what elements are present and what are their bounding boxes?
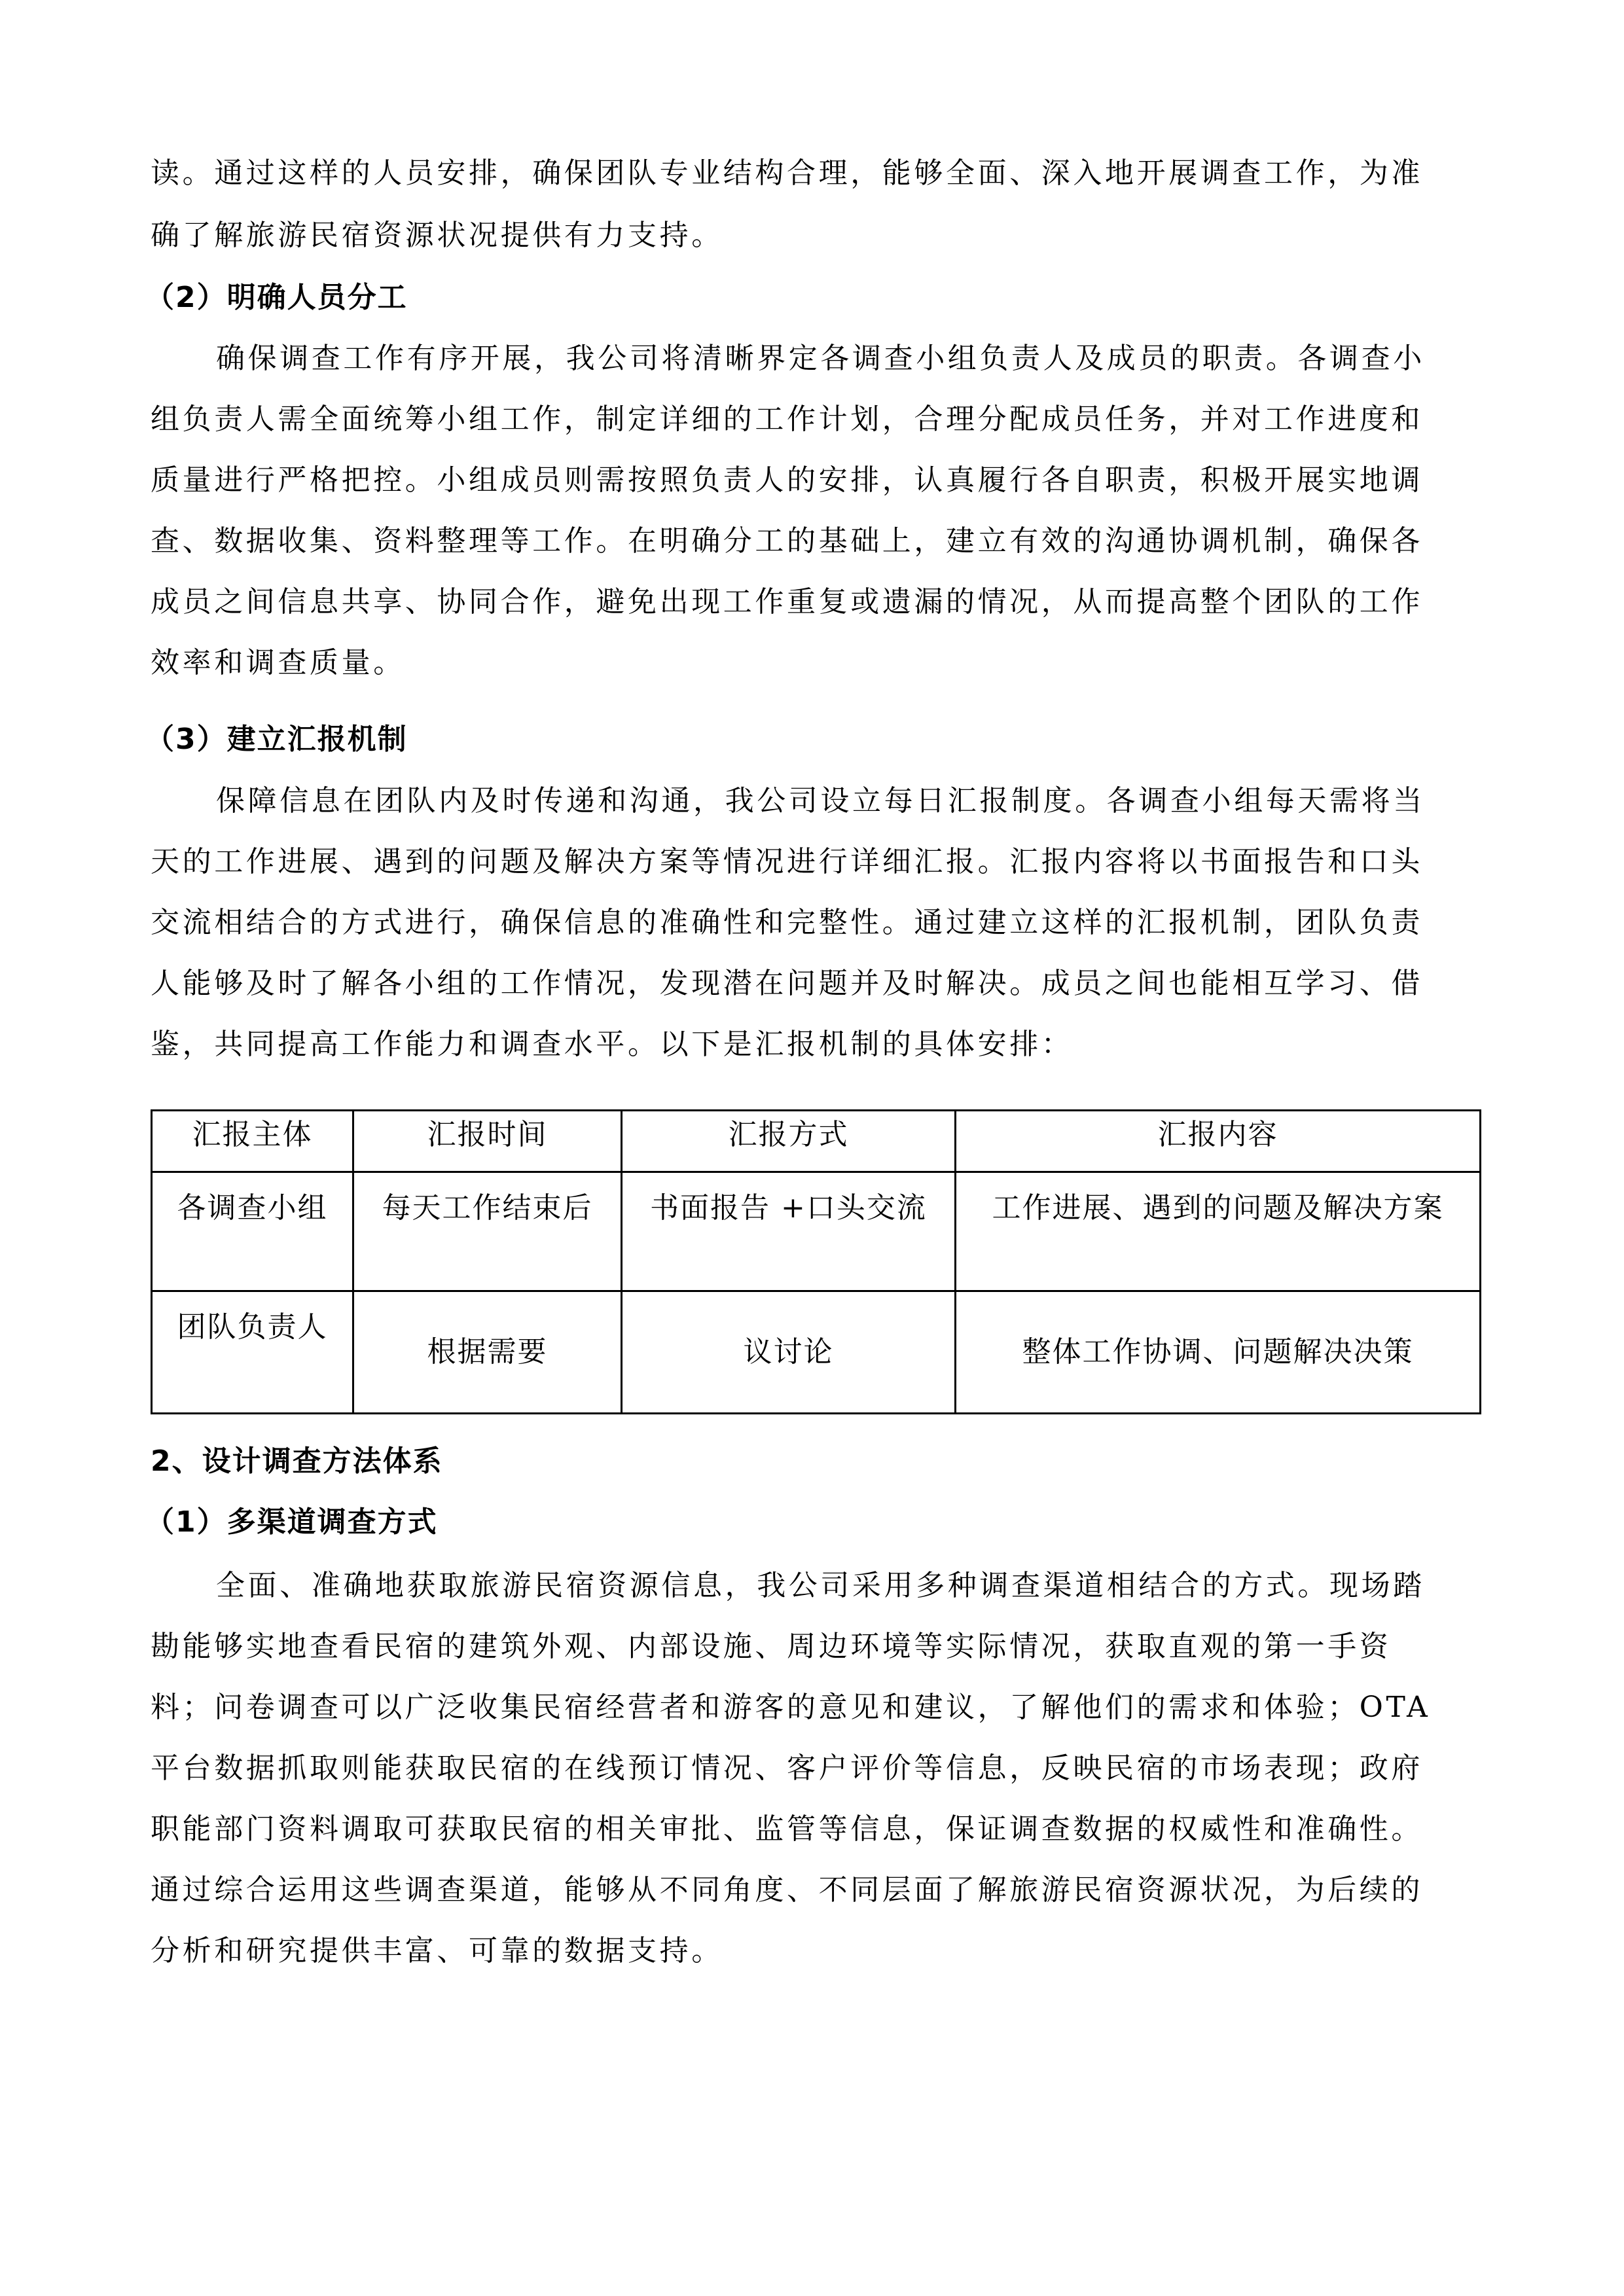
paragraph-line: 平台数据抓取则能获取民宿的在线预订情况、客户评价等信息，反映民宿的市场表现；政府 — [151, 1750, 1423, 1787]
table-row: 各调查小组 每天工作结束后 书面报告 +口头交流 工作进展、遇到的问题及解决方案 — [152, 1172, 1481, 1291]
paragraph-line: 鉴，共同提高工作能力和调查水平。以下是汇报机制的具体安排： — [151, 1026, 1073, 1063]
table-cell: 议讨论 — [622, 1291, 956, 1414]
table-cell: 每天工作结束后 — [353, 1172, 622, 1291]
paragraph-line: 效率和调查质量。 — [151, 645, 405, 681]
paragraph-line: 职能部门资料调取可获取民宿的相关审批、监管等信息，保证调查数据的权威性和准确性。 — [151, 1811, 1423, 1848]
table-header-cell: 汇报内容 — [956, 1111, 1481, 1172]
section-heading: （3）建立汇报机制 — [145, 721, 408, 758]
paragraph-line: 料；问卷调查可以广泛收集民宿经营者和游客的意见和建议，了解他们的需求和体验；OT… — [151, 1689, 1430, 1726]
paragraph-line: 查、数据收集、资料整理等工作。在明确分工的基础上，建立有效的沟通协调机制，确保各 — [151, 523, 1423, 560]
paragraph-line: 分析和研究提供丰富、可靠的数据支持。 — [151, 1933, 723, 1969]
paragraph-line: 保障信息在团队内及时传递和沟通，我公司设立每日汇报制度。各调查小组每天需将当 — [216, 783, 1425, 819]
table-cell: 书面报告 +口头交流 — [622, 1172, 956, 1291]
paragraph-line: 全面、准确地获取旅游民宿资源信息，我公司采用多种调查渠道相结合的方式。现场踏 — [216, 1568, 1425, 1604]
table-cell: 工作进展、遇到的问题及解决方案 — [956, 1172, 1481, 1291]
paragraph-line: 组负责人需全面统筹小组工作，制定详细的工作计划，合理分配成员任务，并对工作进度和 — [151, 401, 1423, 438]
paragraph-line: 读。通过这样的人员安排，确保团队专业结构合理，能够全面、深入地开展调查工作，为准 — [151, 155, 1423, 192]
paragraph-line: 人能够及时了解各小组的工作情况，发现潜在问题并及时解决。成员之间也能相互学习、借 — [151, 965, 1423, 1002]
table-header-row: 汇报主体 汇报时间 汇报方式 汇报内容 — [152, 1111, 1481, 1172]
paragraph-line: 确了解旅游民宿资源状况提供有力支持。 — [151, 217, 723, 254]
table-header-cell: 汇报时间 — [353, 1111, 622, 1172]
paragraph-line: 确保调查工作有序开展，我公司将清晰界定各调查小组负责人及成员的职责。各调查小 — [216, 340, 1425, 377]
paragraph-line: 天的工作进展、遇到的问题及解决方案等情况进行详细汇报。汇报内容将以书面报告和口头 — [151, 844, 1423, 880]
table-header-cell: 汇报方式 — [622, 1111, 956, 1172]
paragraph-line: 交流相结合的方式进行，确保信息的准确性和完整性。通过建立这样的汇报机制，团队负责 — [151, 905, 1423, 941]
table-cell: 团队负责人 — [152, 1291, 353, 1414]
table-cell: 各调查小组 — [152, 1172, 353, 1291]
table-cell: 整体工作协调、问题解决决策 — [956, 1291, 1481, 1414]
table-cell: 根据需要 — [353, 1291, 622, 1414]
section-heading: （1）多渠道调查方式 — [145, 1504, 438, 1541]
report-mechanism-table: 汇报主体 汇报时间 汇报方式 汇报内容 各调查小组 每天工作结束后 书面报告 +… — [151, 1109, 1481, 1414]
section-heading: （2）明确人员分工 — [145, 279, 408, 316]
paragraph-line: 通过综合运用这些调查渠道，能够从不同角度、不同层面了解旅游民宿资源状况，为后续的 — [151, 1872, 1423, 1909]
paragraph-line: 成员之间信息共享、协同合作，避免出现工作重复或遗漏的情况，从而提高整个团队的工作 — [151, 584, 1423, 620]
table-header-cell: 汇报主体 — [152, 1111, 353, 1172]
table-row: 团队负责人 根据需要 议讨论 整体工作协调、问题解决决策 — [152, 1291, 1481, 1414]
paragraph-line: 质量进行严格把控。小组成员则需按照负责人的安排，认真履行各自职责，积极开展实地调 — [151, 462, 1423, 499]
paragraph-line: 勘能够实地查看民宿的建筑外观、内部设施、周边环境等实际情况，获取直观的第一手资 — [151, 1628, 1391, 1665]
section-heading: 2、设计调查方法体系 — [151, 1443, 443, 1480]
